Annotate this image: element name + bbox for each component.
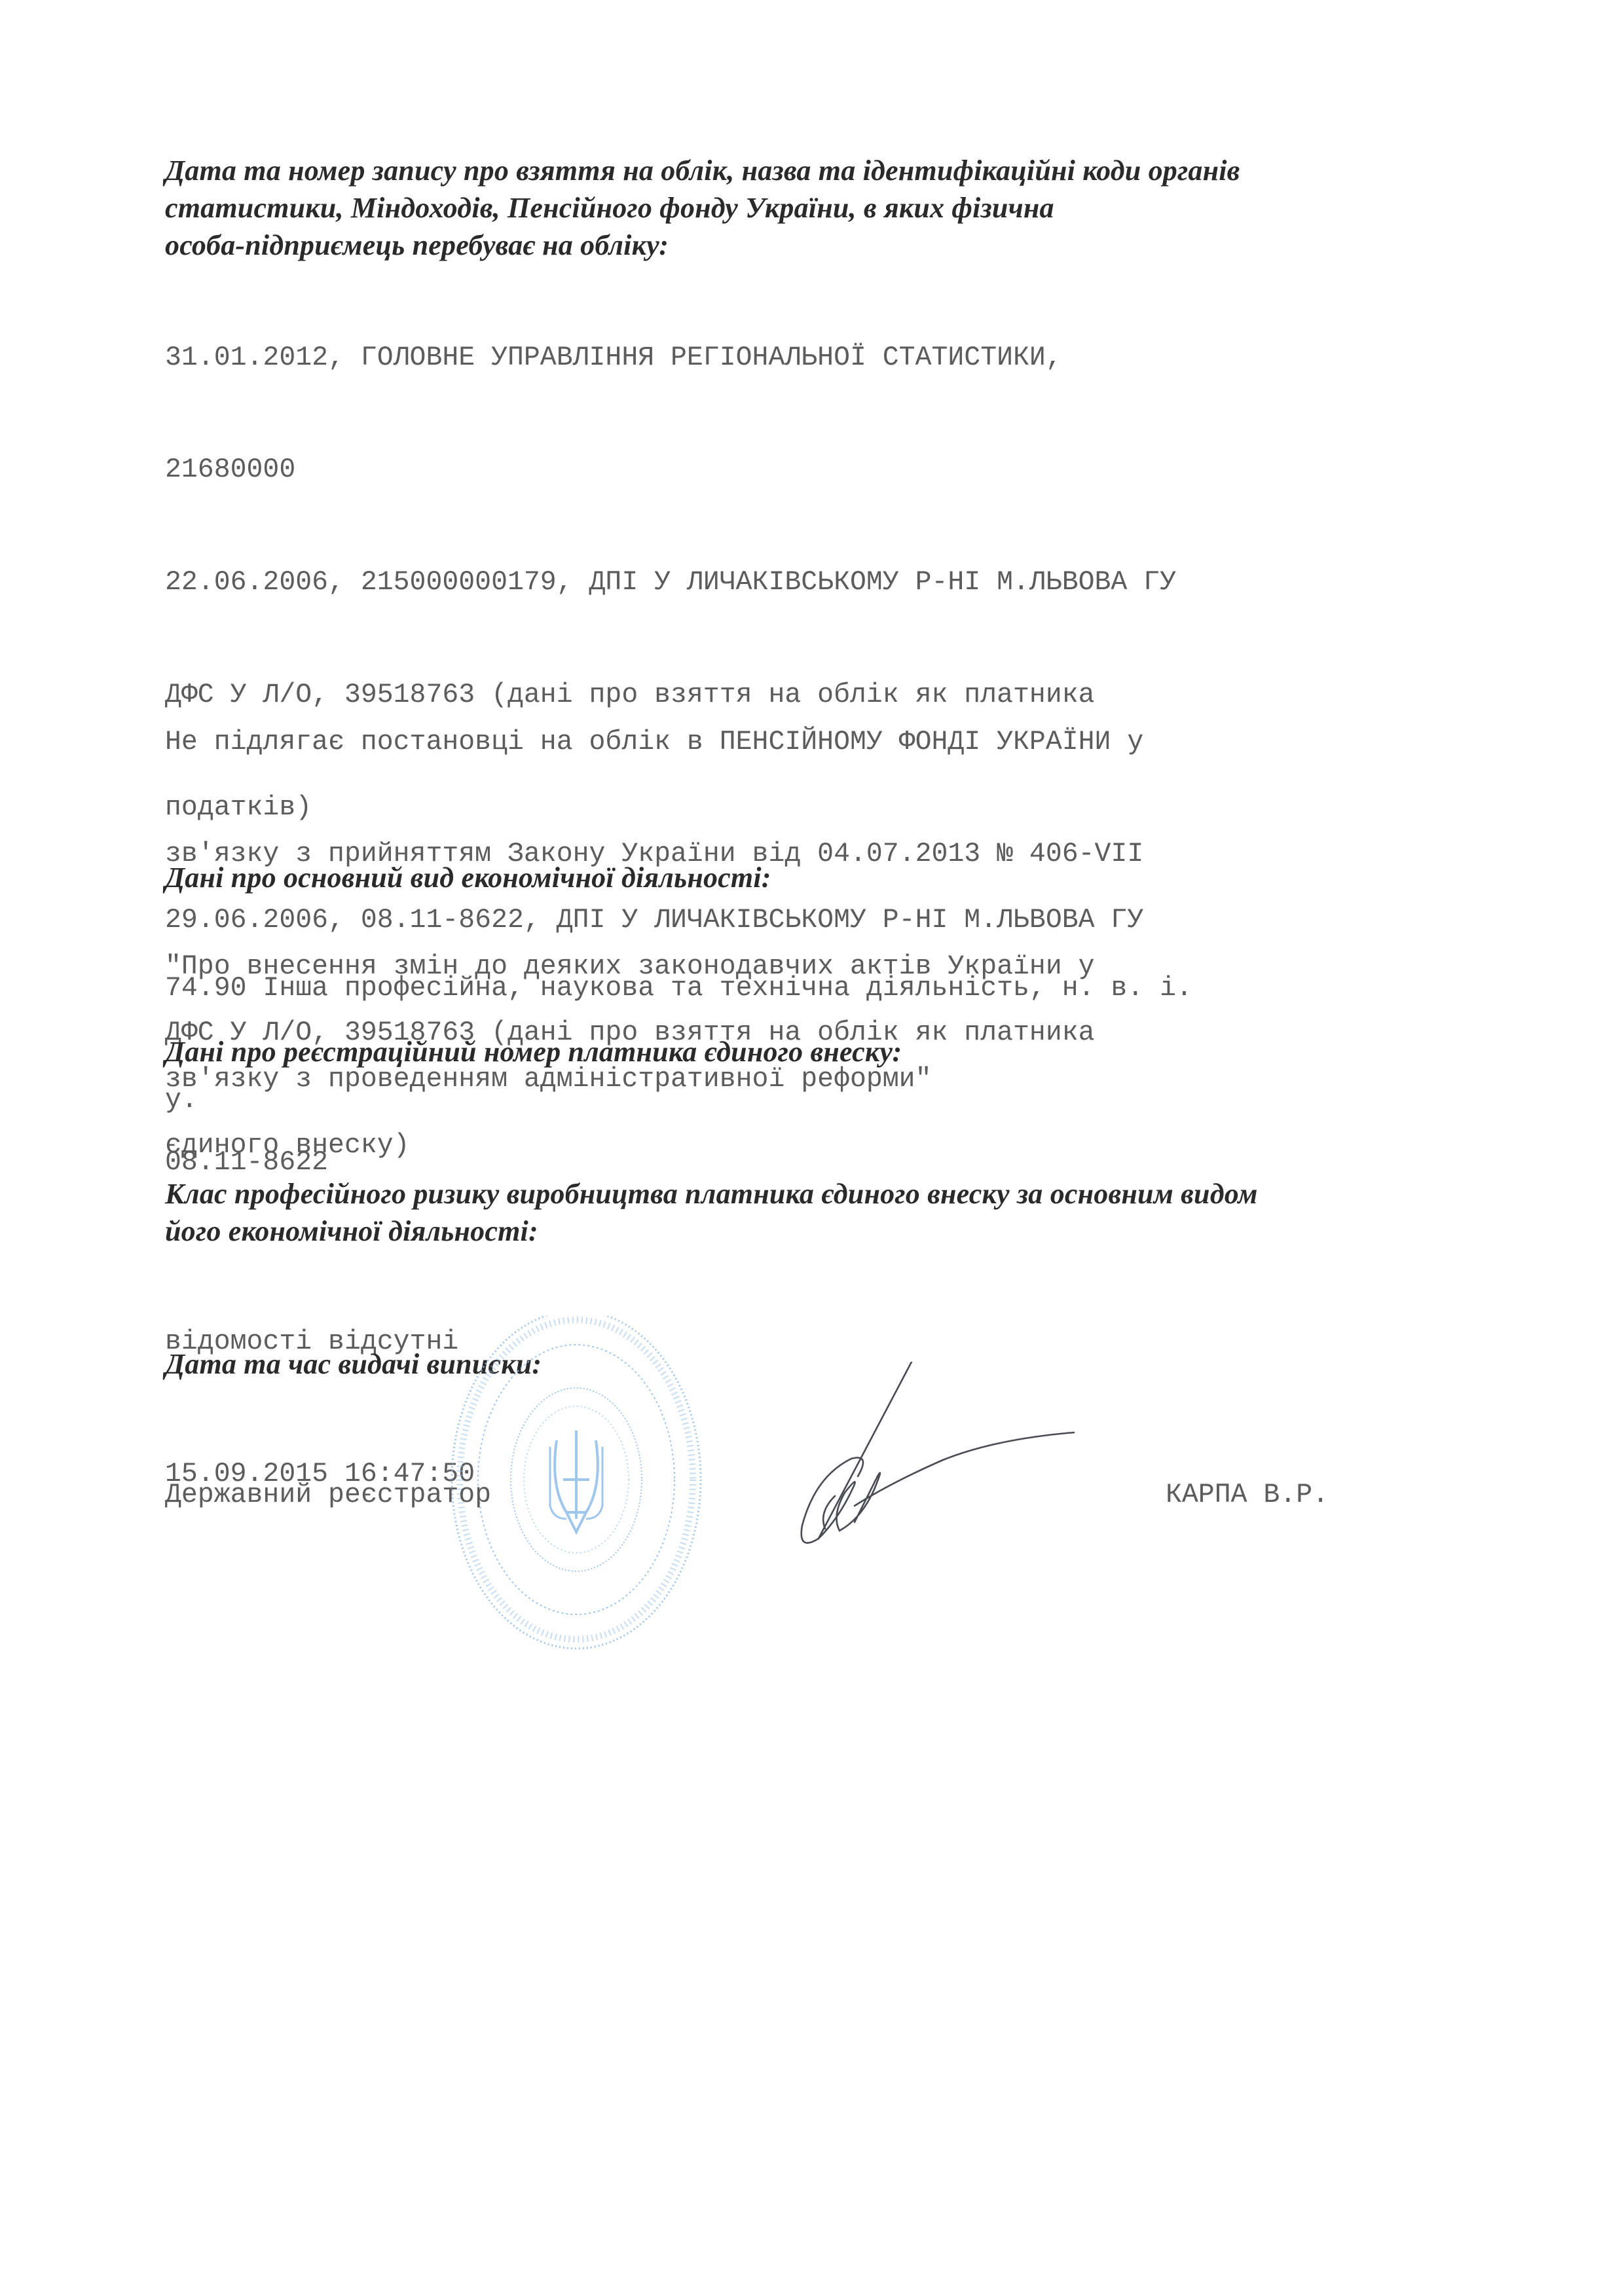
heading-line: статистики, Міндоходів, Пенсійного фонду… bbox=[165, 189, 1449, 227]
section-values-issue-datetime: 15.09.2015 16:47:50 bbox=[165, 1380, 1449, 1567]
heading-line: Дата та час видачі виписки: bbox=[165, 1345, 1449, 1383]
heading-line: Дата та номер запису про взяття на облік… bbox=[165, 152, 1449, 189]
document-page: Дата та номер запису про взяття на облік… bbox=[0, 0, 1624, 2296]
value-line: 74.90 Інша професійна, наукова та техніч… bbox=[165, 970, 1449, 1007]
signature-line: Державний реєстратор КАРПА В.Р. bbox=[165, 1476, 1376, 1516]
heading-line: особа-підприємець перебуває на обліку: bbox=[165, 227, 1449, 264]
section-heading-risk-class: Клас професійного ризику виробництва пла… bbox=[165, 1175, 1449, 1250]
registrar-name: КАРПА В.Р. bbox=[1166, 1476, 1329, 1514]
heading-line: його економічної діяльності: bbox=[165, 1212, 1449, 1250]
value-line: Не підлягає постановці на облік в ПЕНСІЙ… bbox=[165, 723, 1449, 761]
value-line: 21680000 bbox=[165, 451, 1449, 488]
value-line: 22.06.2006, 215000000179, ДПІ У ЛИЧАКІВС… bbox=[165, 564, 1449, 601]
section-heading-main-activity: Дані про основний вид економічної діяльн… bbox=[165, 859, 1449, 896]
section-heading-issue-datetime: Дата та час видачі виписки: bbox=[165, 1345, 1449, 1383]
registrar-role: Державний реєстратор bbox=[165, 1476, 491, 1514]
heading-line: Клас професійного ризику виробництва пла… bbox=[165, 1175, 1449, 1212]
section-heading-unified-contribution-number: Дані про реєстраційний номер платника єд… bbox=[165, 1033, 1449, 1070]
heading-line: Дані про основний вид економічної діяльн… bbox=[165, 859, 1449, 896]
section-heading-registration-records: Дата та номер запису про взяття на облік… bbox=[165, 152, 1449, 264]
value-line: 31.01.2012, ГОЛОВНЕ УПРАВЛІННЯ РЕГІОНАЛЬ… bbox=[165, 339, 1449, 376]
heading-line: Дані про реєстраційний номер платника єд… bbox=[165, 1033, 1449, 1070]
